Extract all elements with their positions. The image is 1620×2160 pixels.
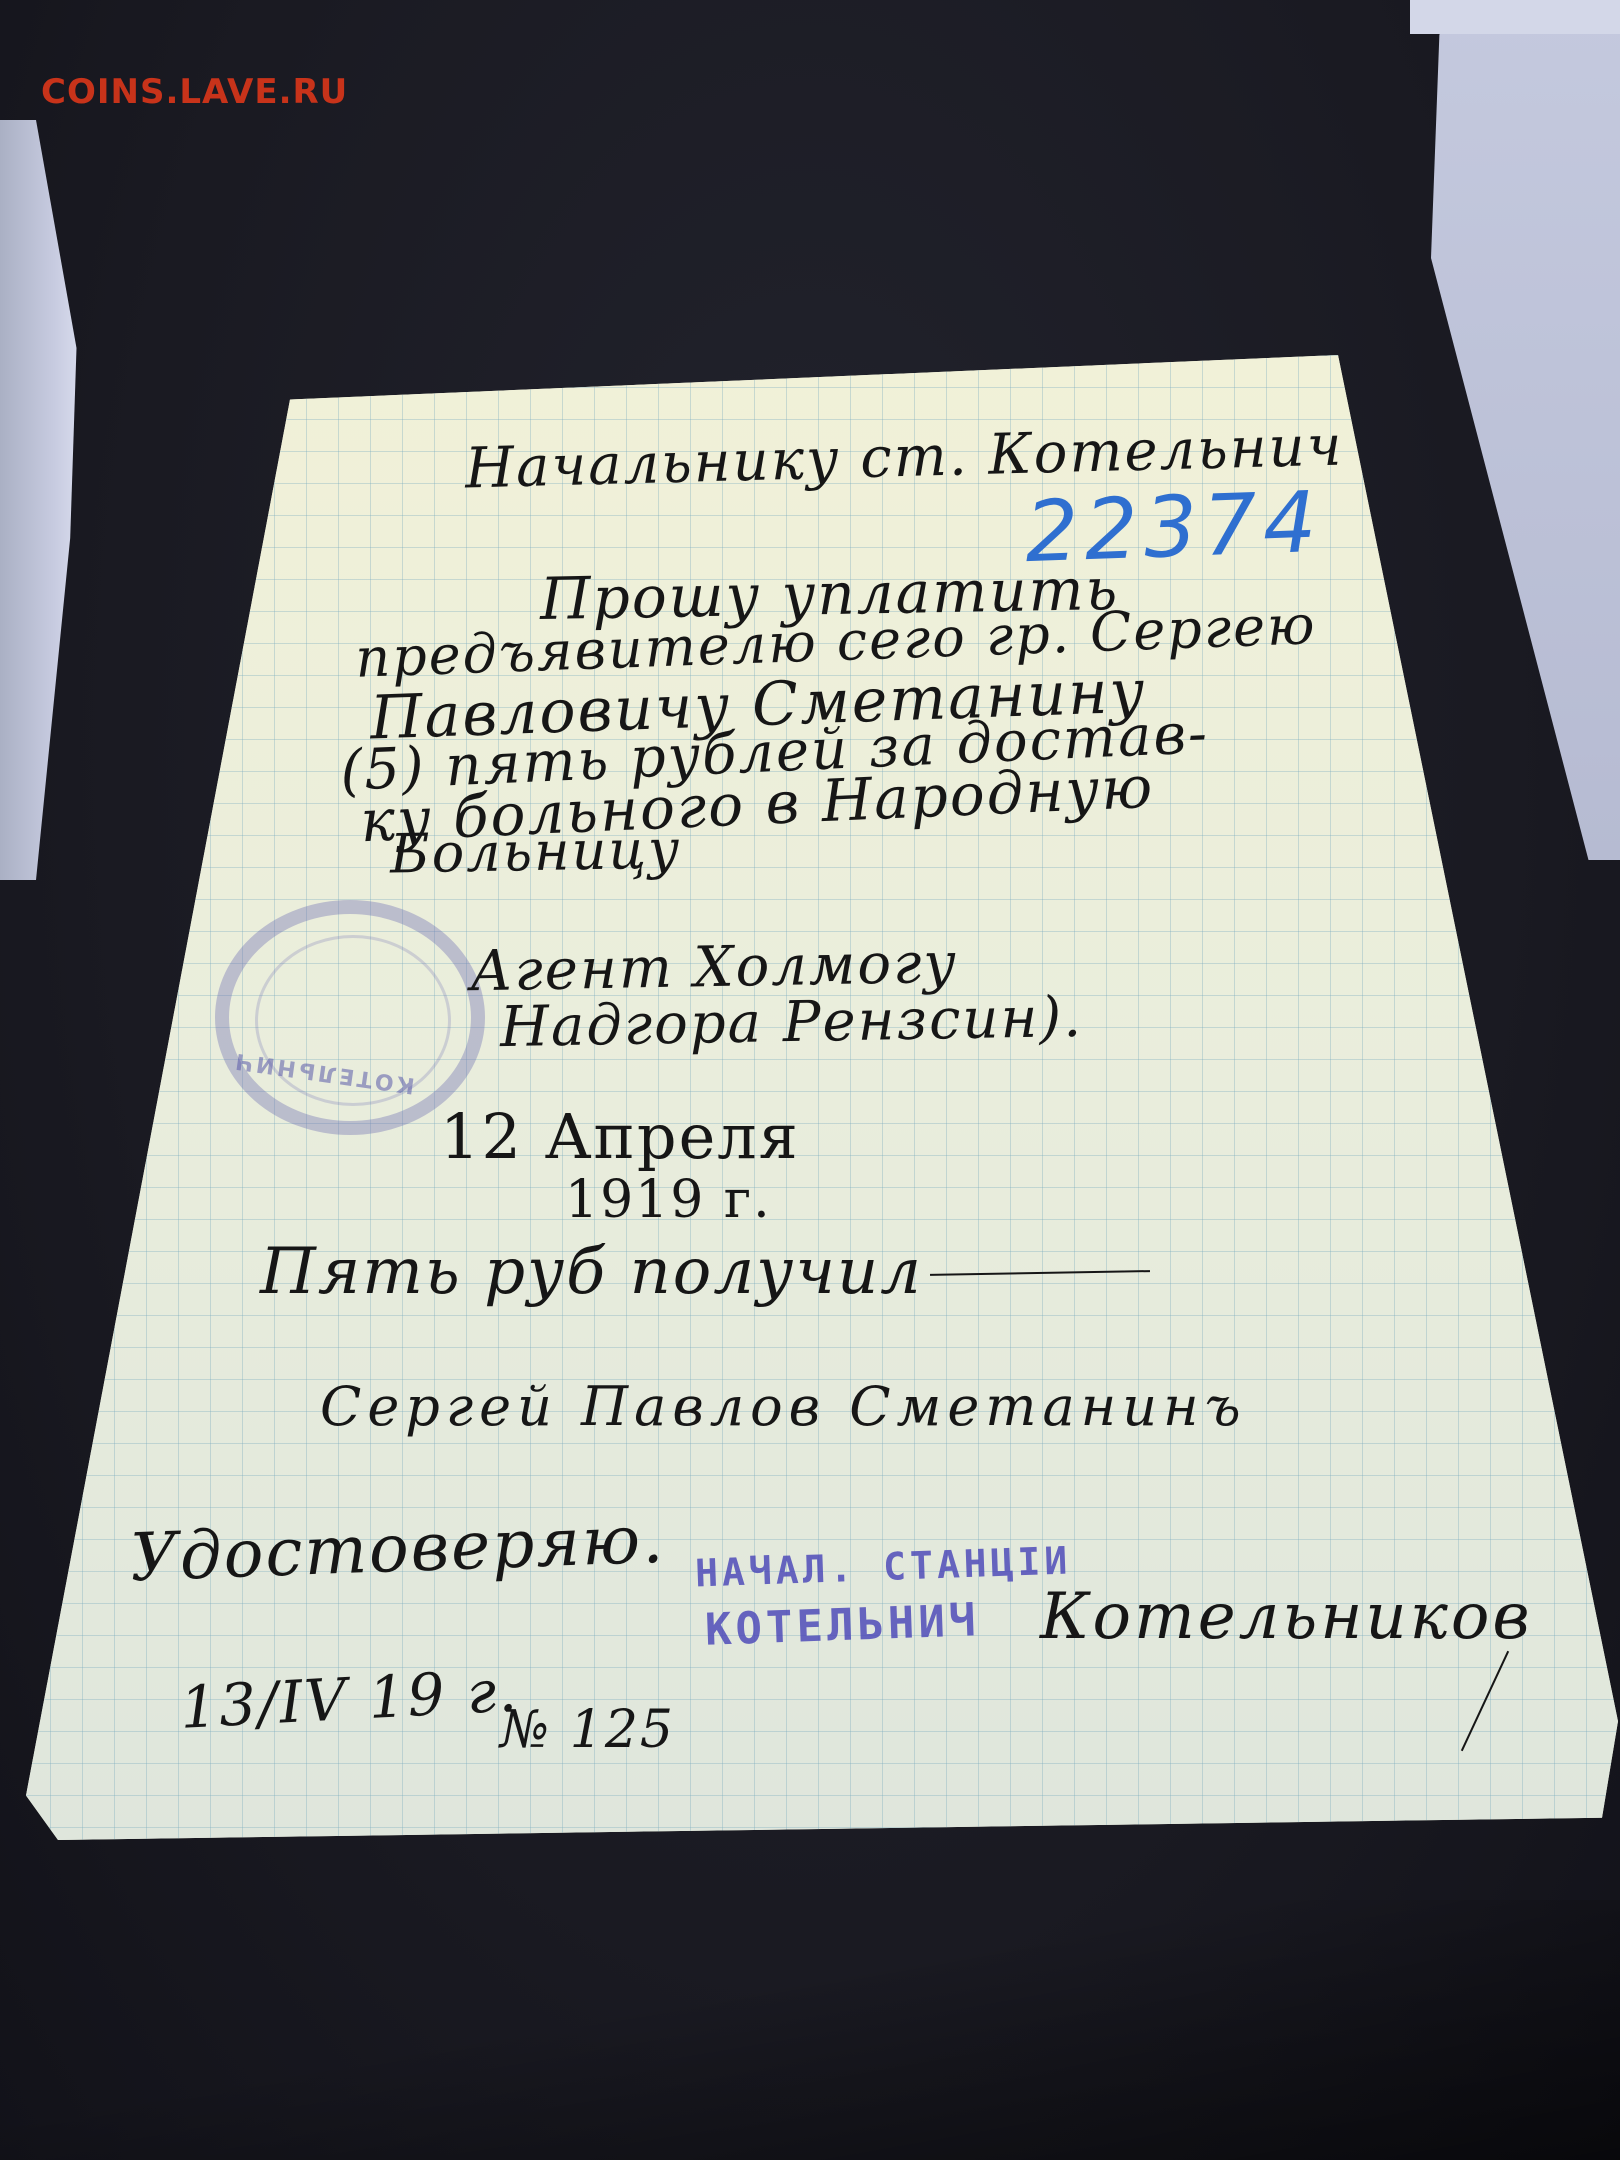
site-watermark: COINS.LAVE.RU xyxy=(41,72,348,112)
recipient-signature: Сергей Павлов Сметанинъ xyxy=(320,1375,1247,1438)
bottom-shadow xyxy=(0,1900,1620,2160)
background-sheet-right-top xyxy=(1410,0,1620,34)
body-line-6: Больницу xyxy=(389,817,681,885)
footer-number: № 125 xyxy=(500,1700,675,1760)
station-stamp-line-2: КОТЕЛЬНИЧ xyxy=(704,1595,980,1656)
receipt-line: Пять руб получил xyxy=(260,1235,923,1309)
agent-line-2: Надгора Рензсин). xyxy=(499,985,1083,1060)
chief-signature: Котельников xyxy=(1040,1580,1533,1654)
date-day-month: 12 Апреля xyxy=(440,1100,800,1173)
date-year: 1919 г. xyxy=(565,1170,772,1230)
